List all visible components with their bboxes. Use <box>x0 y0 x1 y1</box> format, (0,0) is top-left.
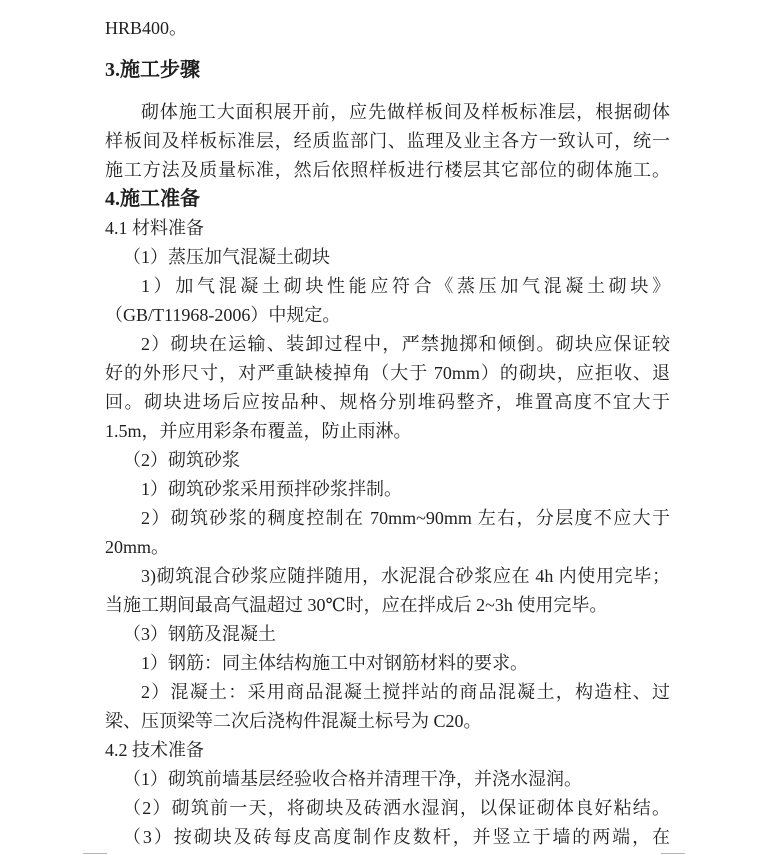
text-line-hrb400: HRB400。 <box>105 14 670 43</box>
subsection-heading-4-1: 4.1 材料准备 <box>105 214 670 243</box>
list-item-line: 1）砌筑砂浆采用预拌砂浆拌制。 <box>105 475 670 504</box>
list-item-line: （3）钢筋及混凝土 <box>105 620 670 649</box>
section-heading-4: 4.施工准备 <box>105 185 670 214</box>
paragraph-line: 20mm。 <box>105 533 670 562</box>
list-item-line: 2）砌筑砂浆的稠度控制在 70mm~90mm 左右，分层度不应大于 <box>105 504 670 533</box>
paragraph-line: （GB/T11968-2006）中规定。 <box>105 301 670 330</box>
document-page: HRB400。 3.施工步骤 砌体施工大面积展开前，应先做样板间及样板标准层，根… <box>0 0 779 858</box>
paragraph-line: 样板间及样板标准层，经质监部门、监理及业主各方一致认可，统一 <box>105 127 670 156</box>
paragraph-line: 施工方法及质量标准，然后依照样板进行楼层其它部位的砌体施工。 <box>105 156 670 185</box>
paragraph-line: 回。砌块进场后应按品种、规格分别堆码整齐，堆置高度不宜大于 <box>105 388 670 417</box>
paragraph-line: 砌体施工大面积展开前，应先做样板间及样板标准层，根据砌体 <box>105 98 670 127</box>
list-item-line: 2）混凝土：采用商品混凝土搅拌站的商品混凝土，构造柱、过 <box>105 678 670 707</box>
list-item-line: （1）砌筑前墙基层经验收合格并清理干净，并浇水湿润。 <box>105 765 670 794</box>
paragraph-line: 梁、压顶梁等二次后浇构件混凝土标号为 C20。 <box>105 707 670 736</box>
list-item-line: 1）钢筋：同主体结构施工中对钢筋材料的要求。 <box>105 649 670 678</box>
list-item-line: 1）加气混凝土砌块性能应符合《蒸压加气混凝土砌块》 <box>105 272 670 301</box>
paragraph-line: 当施工期间最高气温超过 30℃时，应在拌成后 2~3h 使用完毕。 <box>105 591 670 620</box>
subsection-heading-4-2: 4.2 技术准备 <box>105 736 670 765</box>
document-text-block: HRB400。 3.施工步骤 砌体施工大面积展开前，应先做样板间及样板标准层，根… <box>105 14 670 852</box>
list-item-line: （1）蒸压加气混凝土砌块 <box>105 243 670 272</box>
page-boundary-mark-left <box>83 853 107 854</box>
page-boundary-mark-right <box>661 853 685 854</box>
list-item-line: （2）砌筑砂浆 <box>105 446 670 475</box>
list-item-line: （2）砌筑前一天，将砌块及砖洒水湿润，以保证砌体良好粘结。 <box>105 794 670 823</box>
list-item-line: （3）按砌块及砖每皮高度制作皮数杆，并竖立于墙的两端，在 <box>105 823 670 852</box>
list-item-line: 3)砌筑混合砂浆应随拌随用，水泥混合砂浆应在 4h 内使用完毕； <box>105 562 670 591</box>
list-item-line: 2）砌块在运输、装卸过程中，严禁抛掷和倾倒。砌块应保证较 <box>105 330 670 359</box>
paragraph-line: 1.5m，并应用彩条布覆盖，防止雨淋。 <box>105 417 670 446</box>
section-heading-3: 3.施工步骤 <box>105 56 670 85</box>
paragraph-line: 好的外形尺寸，对严重缺棱掉角（大于 70mm）的砌块，应拒收、退 <box>105 359 670 388</box>
